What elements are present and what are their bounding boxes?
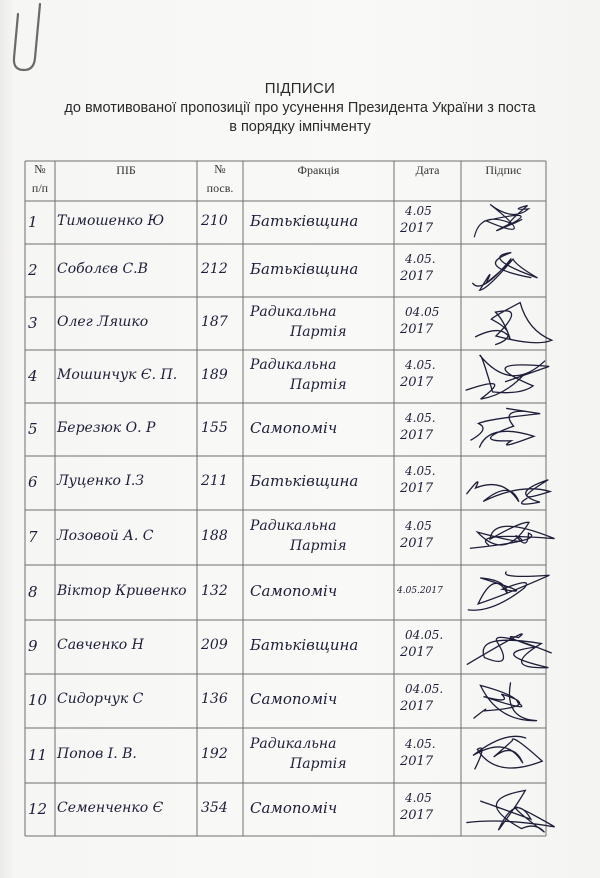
member-name: Соболєв С.В [57, 261, 148, 277]
faction: Радикальна [250, 304, 336, 320]
faction: Самопоміч [250, 690, 337, 708]
date-line1: 4.05. [405, 411, 436, 425]
member-name: Попов І. В. [57, 746, 137, 762]
date-line2: 2017 [400, 808, 433, 823]
signature-scribble-icon [458, 777, 568, 842]
member-name: Мошинчук Є. П. [57, 367, 177, 383]
member-name: Семенченко Є [57, 800, 163, 816]
faction-line2: Партія [290, 756, 347, 772]
member-name: Сидорчук С [57, 691, 143, 707]
date-line1: 04.05. [405, 628, 443, 642]
member-name: Олег Ляшко [57, 314, 148, 330]
row-number: 1 [28, 213, 38, 231]
date-line1: 4.05. [405, 358, 436, 372]
faction: Самопоміч [250, 419, 337, 437]
member-id: 212 [201, 261, 228, 277]
date-line1: 04.05 [405, 305, 439, 319]
row-number: 2 [28, 261, 38, 279]
date-line2: 2017 [400, 375, 433, 390]
date-line1: 4.05 [405, 519, 432, 533]
member-name: Віктор Кривенко [57, 583, 187, 599]
member-name: Савченко Н [57, 637, 144, 653]
member-id: 209 [201, 637, 228, 653]
header-name: ПІБ [55, 164, 197, 177]
member-id: 192 [201, 746, 228, 762]
member-name: Лозовой А. С [57, 528, 153, 544]
faction: Радикальна [250, 357, 336, 373]
document-subtitle-line2: в порядку імпічменту [0, 119, 600, 135]
row-number: 4 [28, 367, 38, 385]
member-name: Березюк О. Р [57, 420, 155, 436]
member-id: 354 [201, 800, 228, 816]
header-faction: Фракція [243, 164, 394, 177]
faction: Самопоміч [250, 582, 337, 600]
date-line1: 4.05. [405, 252, 436, 266]
faction: Батьківщина [250, 472, 358, 490]
member-name: Луценко І.З [57, 473, 144, 489]
date: 4.05.2017 [397, 586, 443, 596]
member-id: 187 [201, 314, 228, 330]
date-line2: 2017 [400, 536, 433, 551]
row-number: 5 [28, 420, 38, 438]
member-id: 210 [201, 213, 228, 229]
header-signature: Підпис [461, 164, 546, 177]
row-number: 8 [28, 583, 38, 601]
date-line1: 4.05. [405, 464, 436, 478]
row-number: 3 [28, 314, 38, 332]
date-line2: 2017 [400, 481, 433, 496]
date-line1: 04.05. [405, 682, 443, 696]
row-number: 11 [28, 746, 47, 764]
date-line2: 2017 [400, 645, 433, 660]
date-line2: 2017 [400, 269, 433, 284]
row-number: 6 [28, 473, 38, 491]
member-id: 155 [201, 420, 228, 436]
faction-line2: Партія [290, 377, 347, 393]
member-name: Тимошенко Ю [57, 213, 164, 229]
date-line2: 2017 [400, 221, 433, 236]
paper-clip-icon [8, 0, 48, 80]
faction: Радикальна [250, 518, 336, 534]
faction-line2: Партія [290, 538, 347, 554]
faction-line2: Партія [290, 324, 347, 340]
member-id: 189 [201, 367, 228, 383]
faction: Батьківщина [250, 260, 358, 278]
date-line2: 2017 [400, 699, 433, 714]
member-id: 188 [201, 528, 228, 544]
header-num: № п/п [25, 163, 55, 195]
row-number: 9 [28, 637, 38, 655]
row-number: 7 [28, 528, 38, 546]
faction: Батьківщина [250, 212, 358, 230]
row-number: 12 [28, 800, 47, 818]
faction: Радикальна [250, 736, 336, 752]
date-line2: 2017 [400, 322, 433, 337]
header-id: № посв. [197, 163, 243, 195]
date-line2: 2017 [400, 428, 433, 443]
document-title: ПІДПИСИ [0, 80, 600, 97]
faction: Самопоміч [250, 799, 337, 817]
date-line1: 4.05 [405, 791, 432, 805]
member-id: 132 [201, 583, 228, 599]
date-line1: 4.05 [405, 204, 432, 218]
member-id: 211 [201, 473, 228, 489]
document-subtitle-line1: до вмотивованої пропозиції про усунення … [0, 100, 600, 116]
date-line1: 4.05. [405, 737, 436, 751]
faction: Батьківщина [250, 636, 358, 654]
member-id: 136 [201, 691, 228, 707]
date-line2: 2017 [400, 754, 433, 769]
row-number: 10 [28, 691, 47, 709]
header-date: Дата [394, 164, 461, 177]
